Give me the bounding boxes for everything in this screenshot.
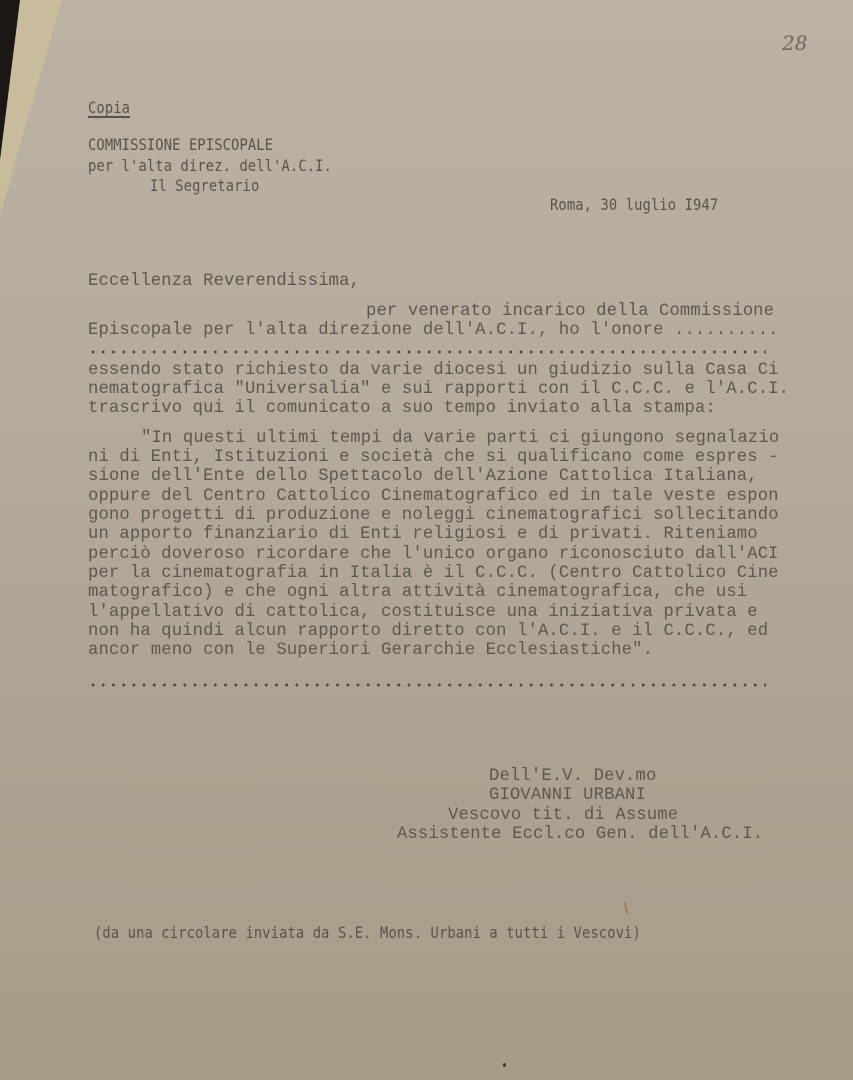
letterhead-line-3: Il Segretario — [150, 176, 259, 195]
letterhead-line-2: per l'alta direz. dell'A.C.I. — [88, 156, 332, 175]
salutation: Eccellenza Reverendissima, — [88, 272, 360, 291]
intro-line-2: Episcopale per l'alta direzione dell'A.C… — [88, 321, 779, 340]
quote-line: ancor meno con le Superiori Gerarchie Ec… — [88, 641, 653, 660]
signature-name: GIOVANNI URBANI — [489, 786, 646, 805]
quote-line: un apporto finanziario di Enti religiosi… — [88, 525, 758, 544]
ink-mark — [624, 902, 628, 914]
intro-line-5: trascrivo qui il comunicato a suo tempo … — [88, 399, 716, 418]
quote-line: perciò doveroso ricordare che l'unico or… — [88, 545, 779, 564]
dotted-separator-top — [88, 350, 766, 354]
quote-line: matografico) e che ogni altra attività c… — [88, 583, 747, 602]
quote-line: "In questi ultimi tempi da varie parti c… — [141, 429, 779, 448]
page-number: 28 — [782, 31, 807, 55]
dotted-separator-bottom — [88, 683, 766, 687]
signature-title-1: Vescovo tit. di Assume — [448, 806, 678, 825]
quote-line: sione dell'Ente dello Spettacolo dell'Az… — [88, 467, 758, 486]
quote-line: non ha quindi alcun rapporto diretto con… — [88, 622, 768, 641]
quote-line: per la cinematografia in Italia è il C.C… — [88, 564, 779, 583]
quote-line: l'appellativo di cattolica, costituisce … — [88, 603, 758, 622]
paper-speck — [503, 1063, 506, 1067]
intro-line-4: nematografica "Universalia" e sui rappor… — [88, 380, 789, 399]
quote-line: gono progetti di produzione e noleggi ci… — [88, 506, 779, 525]
intro-line-1: per venerato incarico della Commissione — [366, 302, 774, 321]
copy-label: Copia — [88, 98, 130, 117]
footnote: (da una circolare inviata da S.E. Mons. … — [94, 923, 641, 942]
scanned-document: 28 Copia COMMISSIONE EPISCOPALE per l'al… — [0, 0, 853, 1080]
letterhead-line-1: COMMISSIONE EPISCOPALE — [88, 135, 273, 154]
quote-line: ni di Enti, Istituzioni e società che si… — [88, 448, 779, 467]
intro-line-3: essendo stato richiesto da varie diocesi… — [88, 361, 779, 380]
signature-title-2: Assistente Eccl.co Gen. dell'A.C.I. — [397, 825, 763, 844]
place-date: Roma, 30 luglio I947 — [550, 195, 718, 214]
signature-closing: Dell'E.V. Dev.mo — [489, 767, 656, 786]
letter-page: 28 Copia COMMISSIONE EPISCOPALE per l'al… — [0, 0, 853, 1080]
quote-line: oppure del Centro Cattolico Cinematograf… — [88, 487, 779, 506]
